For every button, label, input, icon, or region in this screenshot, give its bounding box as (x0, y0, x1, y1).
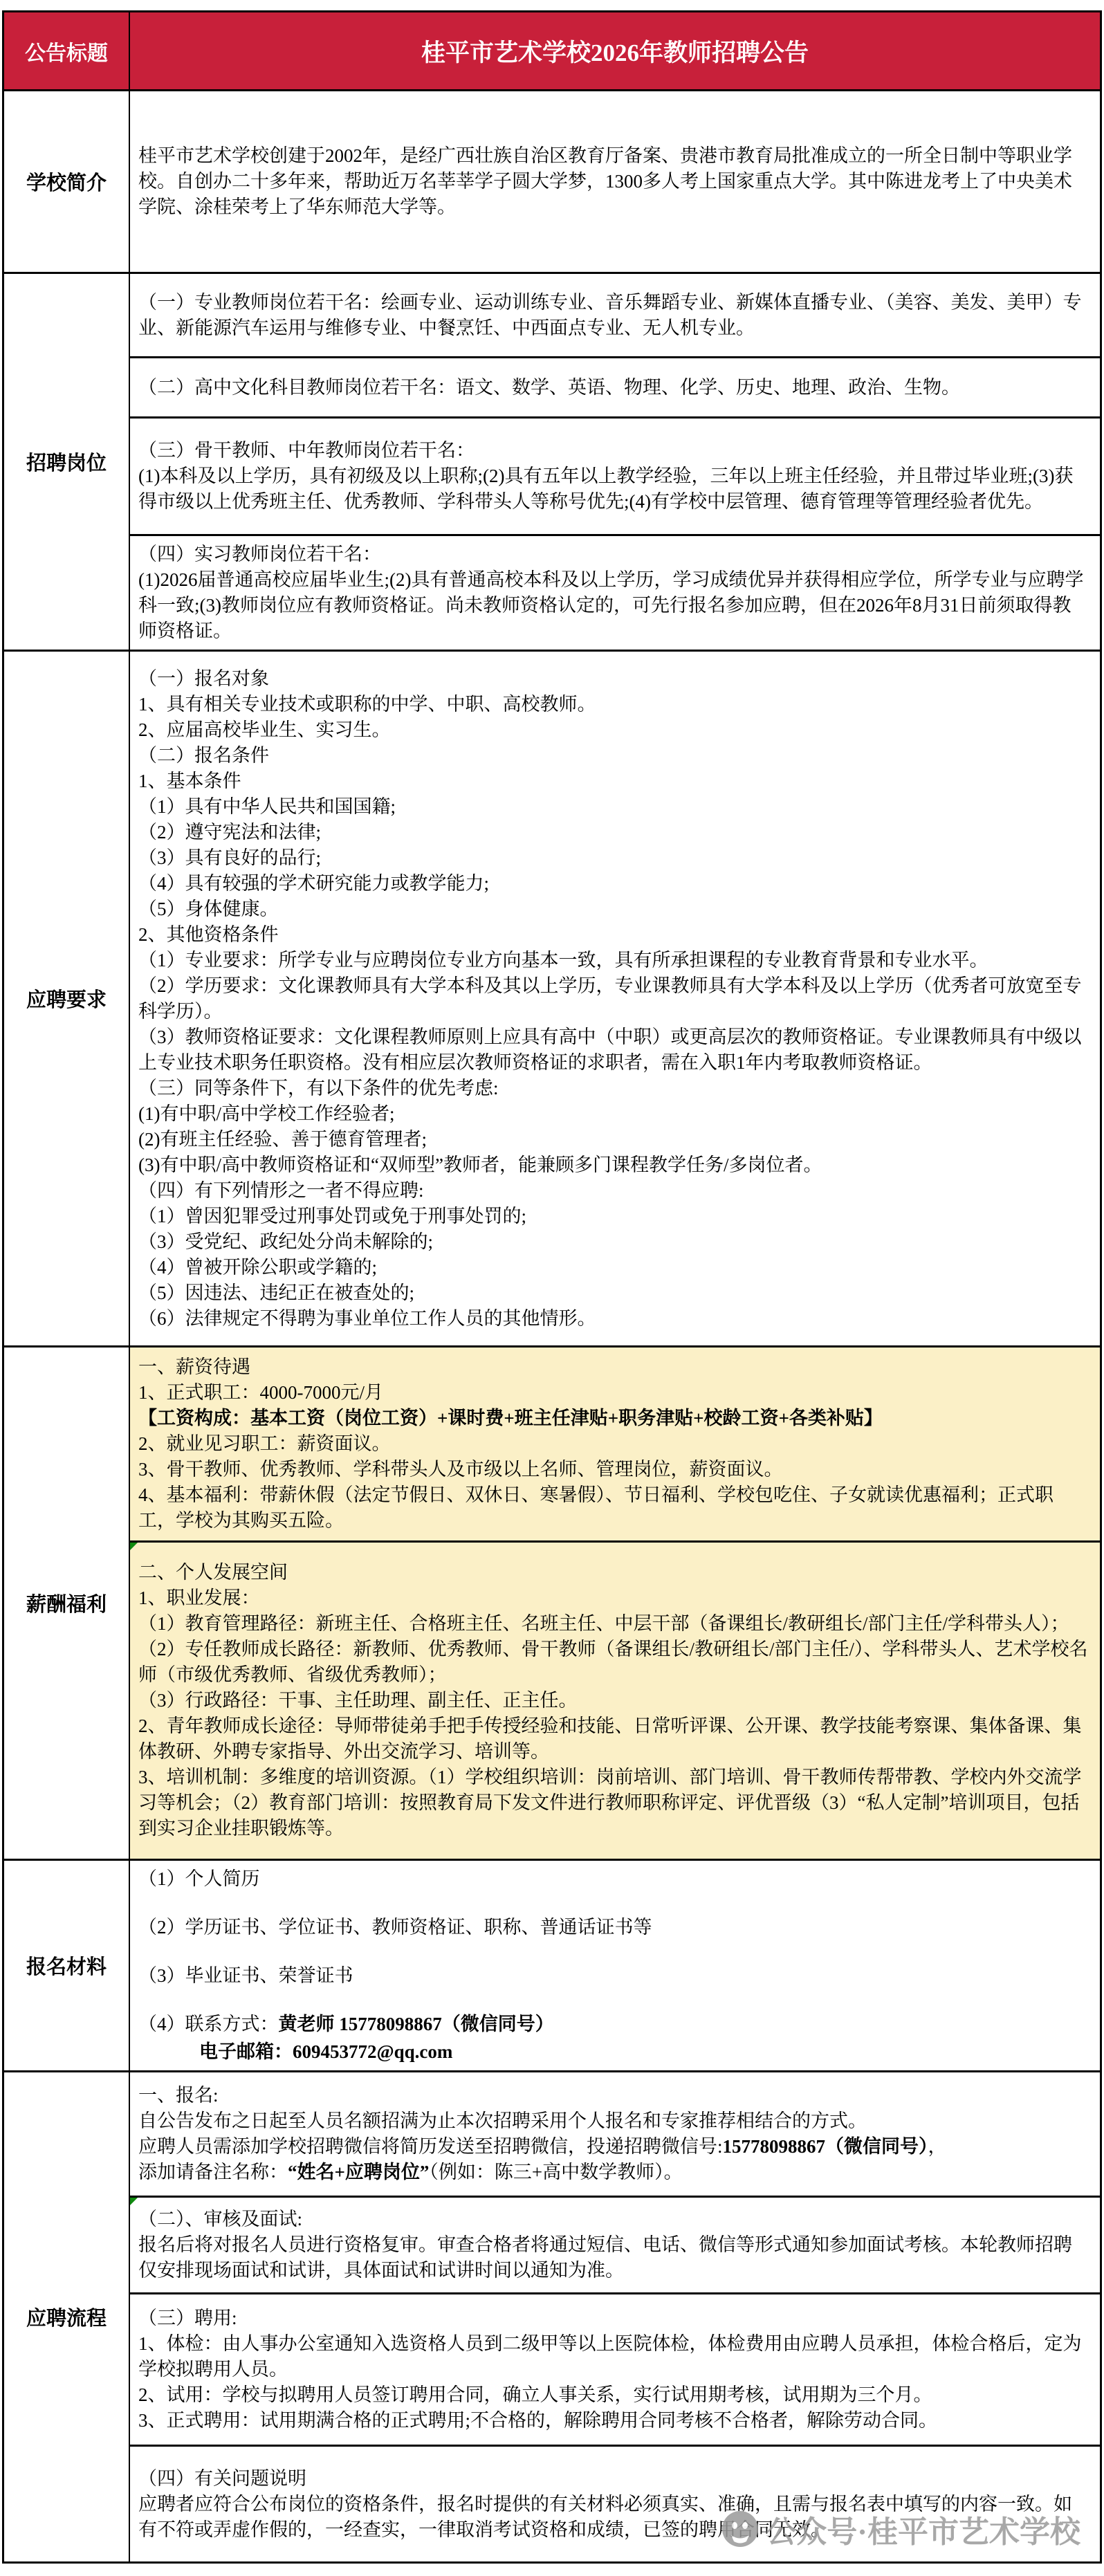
process-signup-text: （例如：陈三+高中数学教师）。 (429, 2162, 682, 2182)
materials-label: 报名材料 (4, 1861, 130, 2070)
requirement-line: (2)有班主任经验、善于德育管理者; (138, 1127, 1089, 1152)
requirement-line: （四）有下列情形之一者不得应聘: (138, 1178, 1089, 1204)
remark-format: “姓名+应聘岗位” (288, 2162, 429, 2182)
requirement-line: （4）曾被开除公职或学籍的; (138, 1255, 1089, 1280)
positions-intern-body: (1)2026届普通高校应届毕业生;(2)具有普通高校本科及以上学历，学习成绩优… (138, 567, 1089, 644)
process-signup-heading: 一、报名: (138, 2083, 1089, 2108)
row-process: 应聘流程 一、报名: 自公告发布之日起至人员名额招满为止本次招聘采用个人报名和专… (4, 2072, 1100, 2561)
salary-pay-cell: 一、薪资待遇 1、正式职工：4000-7000元/月 【工资构成：基本工资（岗位… (130, 1347, 1100, 1543)
process-signup-cell: 一、报名: 自公告发布之日起至人员名额招满为止本次招聘采用个人报名和专家推荐相结… (130, 2072, 1100, 2198)
requirement-line: （3）教师资格证要求：文化课程教师原则上应具有高中（中职）或更高层次的教师资格证… (138, 1024, 1089, 1076)
salary-pay-heading: 一、薪资待遇 (138, 1354, 1089, 1380)
positions-label: 招聘岗位 (4, 274, 130, 650)
requirement-line: （二）报名条件 (138, 743, 1089, 769)
announcement-table: 公告标题 桂平市艺术学校2026年教师招聘公告 学校简介 桂平市艺术学校创建于2… (2, 10, 1102, 2564)
process-hiring-line: 3、正式聘用：试用期满合格的正式聘用;不合格的，解除聘用合同考核不合格者，解除劳… (138, 2408, 1089, 2434)
requirement-line: （5）因违法、违纪正在被查处的; (138, 1280, 1089, 1306)
requirements-label: 应聘要求 (4, 652, 130, 1345)
positions-backbone-head: （三）骨干教师、中年教师岗位若干名： (138, 438, 1089, 463)
process-signup-text: ， (928, 2136, 947, 2157)
cell-comment-marker (130, 1543, 138, 1550)
requirement-line: （2）学历要求：文化课教师具有大学本科及其以上学历，专业课教师具有大学本科及以上… (138, 973, 1089, 1024)
materials-line: （2）学历证书、学位证书、教师资格证、职称、普通话证书等 (138, 1915, 1089, 1940)
positions-backbone-body: (1)本科及以上学历，具有初级及以上职称;(2)具有五年以上教学经验，三年以上班… (138, 463, 1089, 515)
salary-dev-line: 1、职业发展： (138, 1585, 1089, 1611)
requirement-line: 2、其他资格条件 (138, 922, 1089, 948)
row-materials: 报名材料 （1）个人简历 （2）学历证书、学位证书、教师资格证、职称、普通话证书… (4, 1861, 1100, 2072)
requirement-line: （5）身体健康。 (138, 896, 1089, 922)
requirement-line: (1)有中职/高中学校工作经验者; (138, 1101, 1089, 1127)
salary-pay-line: 3、骨干教师、优秀教师、学科带头人及市级以上名师、管理岗位，薪资面议。 (138, 1457, 1089, 1482)
row-school-intro: 学校简介 桂平市艺术学校创建于2002年，是经广西壮族自治区教育厅备案、贵港市教… (4, 91, 1100, 274)
salary-pay-line: 2、就业见习职工：薪资面议。 (138, 1431, 1089, 1457)
process-notes-heading: （四）有关问题说明 (138, 2466, 1089, 2492)
process-review-line: 报名后将对报名人员进行资格复审。审查合格者将通过短信、电话、微信等形式通知参加面… (138, 2232, 1089, 2283)
materials-line: （1）个人简历 (138, 1866, 1089, 1892)
process-notes-line: 应聘者应符合公布岗位的资格条件，报名时提供的有关材料必须真实、准确，且需与报名表… (138, 2492, 1089, 2543)
salary-label: 薪酬福利 (4, 1347, 130, 1859)
process-signup-line: 添加请备注名称：“姓名+应聘岗位”（例如：陈三+高中数学教师）。 (138, 2160, 1089, 2185)
salary-dev-line: （3）行政路径：干事、主任助理、副主任、正主任。 (138, 1688, 1089, 1713)
school-intro-cell: 桂平市艺术学校创建于2002年，是经广西壮族自治区教育厅备案、贵港市教育局批准成… (130, 91, 1100, 272)
salary-dev-line: （1）教育管理路径：新班主任、合格班主任、名班主任、中层干部（备课组长/教研组长… (138, 1611, 1089, 1637)
requirement-line: (3)有中职/高中教师资格证和“双师型”教师者，能兼顾多门课程教学任务/多岗位者… (138, 1152, 1089, 1178)
process-hiring-line: 1、体检：由人事办公室通知入选资格人员到二级甲等以上医院体检，体检费用由应聘人员… (138, 2331, 1089, 2382)
cell-comment-marker (130, 2198, 138, 2205)
header-label: 公告标题 (4, 12, 130, 89)
requirement-line: （1）具有中华人民共和国国籍; (138, 794, 1089, 820)
positions-cell-1: （一）专业教师岗位若干名：绘画专业、运动训练专业、音乐舞蹈专业、新媒体直播专业、… (130, 274, 1100, 358)
process-hiring-line: 2、试用：学校与拟聘用人员签订聘用合同，确立人事关系，实行试用期考核，试用期为三… (138, 2382, 1089, 2408)
requirement-line: 2、应届高校毕业生、实习生。 (138, 717, 1089, 743)
salary-pay-composition: 【工资构成：基本工资（岗位工资）+课时费+班主任津贴+职务津贴+校龄工资+各类补… (138, 1406, 1089, 1431)
requirement-line: （三）同等条件下，有以下条件的优先考虑: (138, 1076, 1089, 1101)
process-signup-text: 添加请备注名称： (138, 2162, 288, 2182)
salary-dev-line: 2、青年教师成长途径：导师带徒弟手把手传授经验和技能、日常听评课、公开课、教学技… (138, 1713, 1089, 1765)
salary-development-cell: 二、个人发展空间 1、职业发展： （1）教育管理路径：新班主任、合格班主任、名班… (130, 1543, 1100, 1859)
requirement-line: 1、具有相关专业技术或职称的中学、中职、高校教师。 (138, 692, 1089, 717)
row-positions: 招聘岗位 （一）专业教师岗位若干名：绘画专业、运动训练专业、音乐舞蹈专业、新媒体… (4, 274, 1100, 652)
row-header: 公告标题 桂平市艺术学校2026年教师招聘公告 (4, 12, 1100, 91)
salary-pay-line: 4、基本福利：带薪休假（法定节假日、双休日、寒暑假）、节日福利、学校包吃住、子女… (138, 1482, 1089, 1534)
process-notes-cell: （四）有关问题说明 应聘者应符合公布岗位的资格条件，报名时提供的有关材料必须真实… (130, 2447, 1100, 2561)
requirement-line: （6）法律规定不得聘为事业单位工作人员的其他情形。 (138, 1306, 1089, 1332)
contact-email: 电子邮箱：609453772@qq.com (138, 2039, 1089, 2065)
process-review-cell: （二）、审核及面试: 报名后将对报名人员进行资格复审。审查合格者将通过短信、电话… (130, 2198, 1100, 2294)
requirement-line: （3）受党纪、政纪处分尚未解除的; (138, 1229, 1089, 1255)
materials-contact-line: （4）联系方式：黄老师 15778098867（微信同号） (138, 2012, 1089, 2037)
row-salary: 薪酬福利 一、薪资待遇 1、正式职工：4000-7000元/月 【工资构成：基本… (4, 1347, 1100, 1861)
materials-line: （3）毕业证书、荣誉证书 (138, 1963, 1089, 1989)
positions-cell-4: （四）实习教师岗位若干名： (1)2026届普通高校应届毕业生;(2)具有普通高… (130, 536, 1100, 650)
requirement-line: （一）报名对象 (138, 666, 1089, 692)
school-intro-text: 桂平市艺术学校创建于2002年，是经广西壮族自治区教育厅备案、贵港市教育局批准成… (138, 143, 1089, 220)
requirement-line: 1、基本条件 (138, 769, 1089, 794)
positions-cell-3: （三）骨干教师、中年教师岗位若干名： (1)本科及以上学历，具有初级及以上职称;… (130, 418, 1100, 536)
process-signup-line: 应聘人员需添加学校招聘微信将简历发送至招聘微信，投递招聘微信号:15778098… (138, 2134, 1089, 2160)
process-hiring-heading: （三）聘用: (138, 2306, 1089, 2331)
row-requirements: 应聘要求 （一）报名对象 1、具有相关专业技术或职称的中学、中职、高校教师。 2… (4, 652, 1100, 1347)
contact-phone: 黄老师 15778098867（微信同号） (279, 2014, 554, 2034)
salary-pay-line: 1、正式职工：4000-7000元/月 (138, 1380, 1089, 1406)
process-signup-line: 自公告发布之日起至人员名额招满为止本次招聘采用个人报名和专家推荐相结合的方式。 (138, 2108, 1089, 2134)
positions-culture-subjects: （二）高中文化科目教师岗位若干名：语文、数学、英语、物理、化学、历史、地理、政治… (138, 375, 1089, 401)
process-hiring-cell: （三）聘用: 1、体检：由人事办公室通知入选资格人员到二级甲等以上医院体检，体检… (130, 2294, 1100, 2447)
page-title: 桂平市艺术学校2026年教师招聘公告 (130, 12, 1100, 89)
materials-contact-prefix: （4）联系方式： (138, 2014, 279, 2034)
requirement-line: （4）具有较强的学术研究能力或教学能力; (138, 871, 1089, 896)
requirement-line: （3）具有良好的品行; (138, 845, 1089, 871)
requirement-line: （1）曾因犯罪受过刑事处罚或免于刑事处罚的; (138, 1204, 1089, 1229)
salary-dev-line: 3、培训机制：多维度的培训资源。（1）学校组织培训：岗前培训、部门培训、骨干教师… (138, 1765, 1089, 1841)
materials-cell: （1）个人简历 （2）学历证书、学位证书、教师资格证、职称、普通话证书等 （3）… (130, 1861, 1100, 2070)
salary-dev-line: （2）专任教师成长路径：新教师、优秀教师、骨干教师（备课组长/教研组长/部门主任… (138, 1637, 1089, 1688)
process-review-heading: （二）、审核及面试: (138, 2207, 1089, 2232)
requirements-cell: （一）报名对象 1、具有相关专业技术或职称的中学、中职、高校教师。 2、应届高校… (130, 652, 1100, 1345)
positions-intern-head: （四）实习教师岗位若干名： (138, 542, 1089, 567)
process-signup-text: 应聘人员需添加学校招聘微信将简历发送至招聘微信，投递招聘微信号: (138, 2136, 723, 2157)
positions-professional: （一）专业教师岗位若干名：绘画专业、运动训练专业、音乐舞蹈专业、新媒体直播专业、… (138, 290, 1089, 341)
requirement-line: （2）遵守宪法和法律; (138, 820, 1089, 845)
positions-cell-2: （二）高中文化科目教师岗位若干名：语文、数学、英语、物理、化学、历史、地理、政治… (130, 358, 1100, 418)
salary-dev-heading: 二、个人发展空间 (138, 1560, 1089, 1585)
recruit-wechat-number: 15778098867（微信同号） (723, 2136, 928, 2157)
requirement-line: （1）专业要求：所学专业与应聘岗位专业方向基本一致，具有所承担课程的专业教育背景… (138, 948, 1089, 973)
process-label: 应聘流程 (4, 2072, 130, 2561)
school-intro-label: 学校简介 (4, 91, 130, 272)
